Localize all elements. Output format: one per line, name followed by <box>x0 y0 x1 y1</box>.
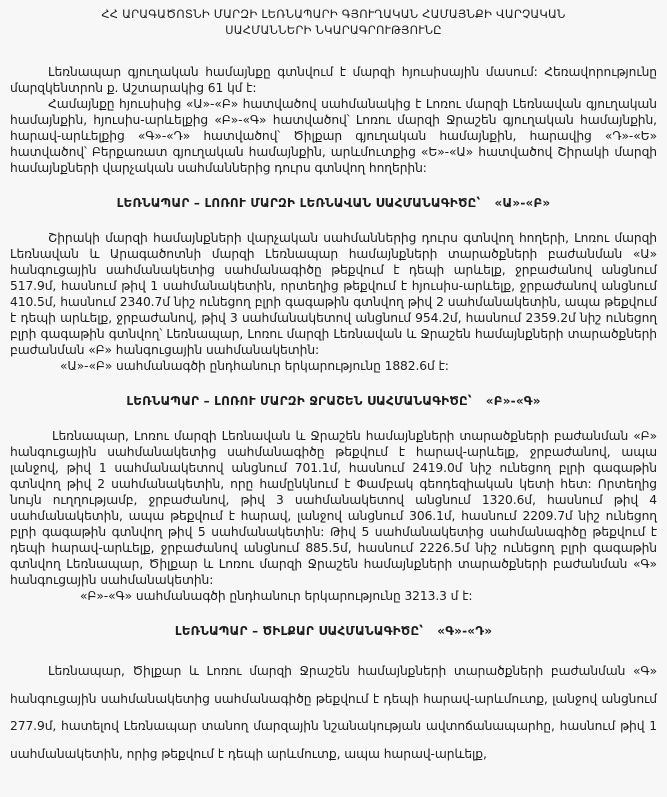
document-title: ՀՀ ԱՐԱԳԱԾՈՏՆԻ ՄԱՐԶԻ ԼԵՌՆԱՊԱՐԻ ԳՅՈՒՂԱԿԱՆ … <box>10 6 657 38</box>
section-total-b-g: «Բ»-«Գ» սահմանագծի ընդհանուր երկարությու… <box>10 588 657 604</box>
section-heading-text: ԼԵՌՆԱՊԱՐ – ԼՈՌՈՒ ՄԱՐԶԻ ԼԵՌՆԱՎԱՆ ՍԱՀՄԱՆԱԳ… <box>117 196 481 210</box>
section-code: «Ա»-«Բ» <box>494 196 550 210</box>
section-heading-a-b: ԼԵՌՆԱՊԱՐ – ԼՈՌՈՒ ՄԱՐԶԻ ԼԵՌՆԱՎԱՆ ՍԱՀՄԱՆԱԳ… <box>10 196 657 210</box>
section-heading-g-d: ԼԵՌՆԱՊԱՐ – ԾԻԼՔԱՐ ՍԱՀՄԱՆԱԳԻԾԸ՝«Գ»-«Դ» <box>10 624 657 638</box>
section-code: «Գ»-«Դ» <box>437 624 492 638</box>
intro-paragraph-1: Լեռնապար գյուղական համայնքը գտնվում է մա… <box>10 64 657 96</box>
section-heading-text: ԼԵՌՆԱՊԱՐ – ԾԻԼՔԱՐ ՍԱՀՄԱՆԱԳԻԾԸ՝ <box>175 624 423 638</box>
title-line-2: ՍԱՀՄԱՆՆԵՐԻ ՆԿԱՐԱԳՐՈՒԹՅՈՒՆԸ <box>10 22 657 38</box>
section-heading-text: ԼԵՌՆԱՊԱՐ – ԼՈՌՈՒ ՄԱՐԶԻ ՋՐԱՇԵՆ ՍԱՀՄԱՆԱԳԻԾ… <box>126 394 471 408</box>
intro-paragraph-2: Համայնքը հյուսիսից «Ա»-«Բ» հատվածով սահմ… <box>10 96 657 176</box>
section-heading-b-g: ԼԵՌՆԱՊԱՐ – ԼՈՌՈՒ ՄԱՐԶԻ ՋՐԱՇԵՆ ՍԱՀՄԱՆԱԳԻԾ… <box>10 394 657 408</box>
section-total-a-b: «Ա»-«Բ» սահմանագծի ընդհանուր երկարությու… <box>10 358 657 374</box>
section-code: «Բ»-«Գ» <box>486 394 541 408</box>
title-line-1: ՀՀ ԱՐԱԳԱԾՈՏՆԻ ՄԱՐԶԻ ԼԵՌՆԱՊԱՐԻ ԳՅՈՒՂԱԿԱՆ … <box>10 6 657 22</box>
document-page: ՀՀ ԱՐԱԳԱԾՈՏՆԻ ՄԱՐԶԻ ԼԵՌՆԱՊԱՐԻ ԳՅՈՒՂԱԿԱՆ … <box>0 0 667 797</box>
section-body-b-g: Լեռնապար, Լոռու մարզի Լեռնավան և Ջրաշեն … <box>10 428 657 588</box>
section-body-g-d: Լեռնապար, Ծիլքար և Լոռու մարզի Ջրաշեն հա… <box>10 658 657 768</box>
section-body-a-b: Շիրակի մարզի համայնքների վարչական սահման… <box>10 230 657 358</box>
